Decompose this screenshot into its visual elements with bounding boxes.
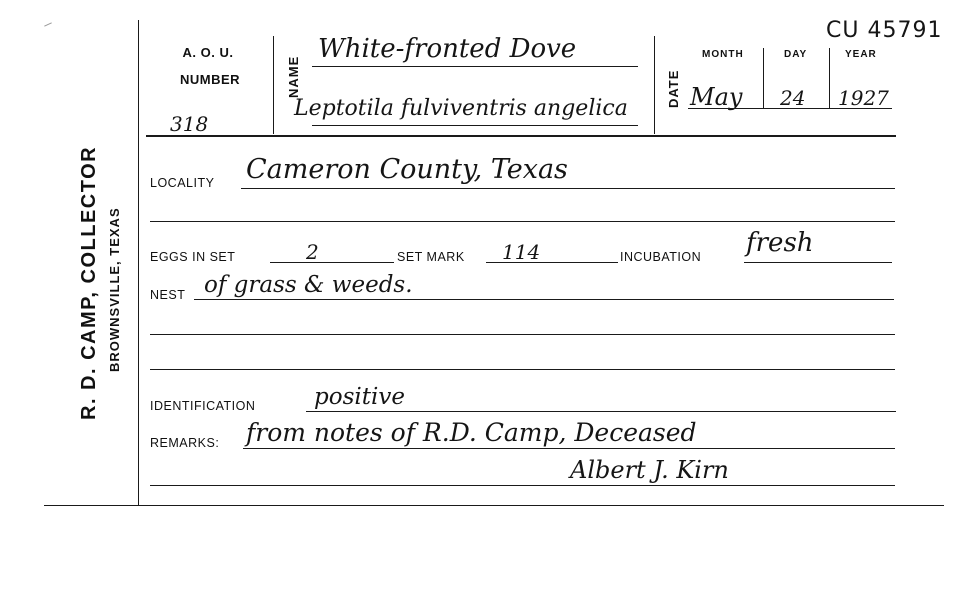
scientific-name-value: Leptotila fulviventris angelica	[294, 96, 628, 121]
date-line	[688, 108, 892, 109]
month-day-divider	[763, 48, 764, 108]
day-value: 24	[780, 86, 805, 110]
name-date-divider	[654, 36, 655, 134]
aou-number-label: NUMBER	[168, 72, 252, 87]
aou-number-value: 318	[170, 112, 208, 136]
year-label: YEAR	[845, 49, 877, 60]
blank-line-2	[150, 369, 895, 370]
name-label: NAME	[286, 56, 301, 98]
month-value: May	[690, 83, 742, 111]
remarks-label: REMARKS:	[150, 436, 219, 450]
identification-label: IDENTIFICATION	[150, 399, 255, 413]
collector-name: R. D. CAMP, COLLECTOR	[78, 146, 101, 420]
eggs-in-set-value: 2	[306, 240, 319, 264]
month-label: MONTH	[702, 49, 744, 60]
blank-line-1	[150, 334, 895, 335]
nest-label: NEST	[150, 288, 185, 302]
locality-label: LOCALITY	[150, 176, 214, 190]
identification-line	[306, 411, 896, 412]
incubation-line	[744, 262, 892, 263]
remarks-line	[243, 448, 895, 449]
header-bottom-rule	[146, 135, 896, 137]
common-name-value: White-fronted Dove	[318, 34, 576, 64]
day-label: DAY	[784, 49, 807, 60]
set-mark-value: 114	[502, 240, 540, 264]
locality-value: Cameron County, Texas	[246, 154, 568, 185]
aou-name-divider	[273, 36, 274, 134]
set-mark-label: SET MARK	[397, 250, 465, 264]
nest-value: of grass & weeds.	[204, 272, 413, 298]
date-label: DATE	[666, 70, 681, 108]
identification-value: positive	[314, 384, 405, 410]
card-bottom-edge	[44, 505, 944, 506]
day-year-divider	[829, 48, 830, 108]
aou-label: A. O. U.	[178, 45, 238, 60]
common-name-line	[312, 66, 638, 67]
remarks-line-2	[150, 485, 895, 486]
locality-line	[241, 188, 895, 189]
year-value: 1927	[838, 86, 889, 110]
incubation-value: fresh	[746, 228, 814, 258]
scientific-name-line	[312, 125, 638, 126]
eggs-in-set-label: EGGS IN SET	[150, 250, 235, 264]
card-left-divider	[138, 20, 139, 506]
incubation-label: INCUBATION	[620, 250, 701, 264]
locality-line-2	[150, 221, 895, 222]
stray-mark	[44, 22, 52, 26]
eggs-in-set-line	[270, 262, 394, 263]
catalog-number: CU 45791	[826, 18, 942, 43]
nest-line	[194, 299, 894, 300]
collector-location: BROWNSVILLE, TEXAS	[107, 207, 122, 372]
remarks-value: from notes of R.D. Camp, Deceased	[246, 418, 697, 447]
remarks-signature: Albert J. Kirn	[570, 456, 729, 484]
